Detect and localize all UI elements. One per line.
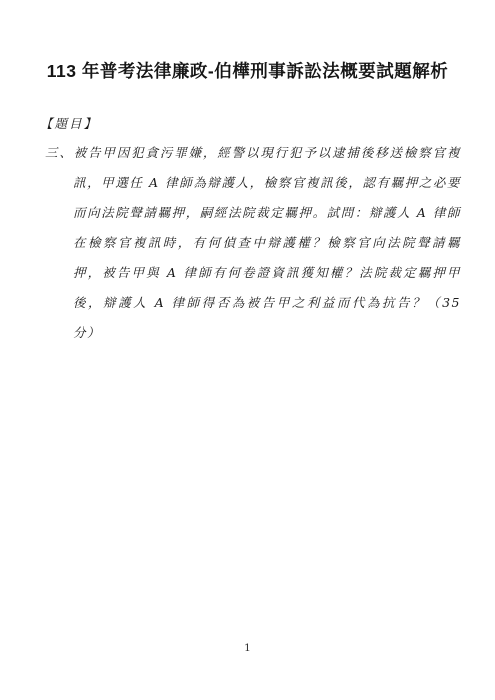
question-paragraph: 三、被告甲因犯貪污罪嫌，經警以現行犯予以逮捕後移送檢察官複訊，甲選任 A 律師為…: [45, 138, 461, 348]
question-text: 三、被告甲因犯貪污罪嫌，經警以現行犯予以逮捕後移送檢察官複訊，甲選任 A 律師為…: [45, 138, 461, 348]
section-heading-question: 【題目】: [40, 114, 98, 132]
document-page: 113 年普考法律廉政-伯樺刑事訴訟法概要試題解析 【題目】 三、被告甲因犯貪污…: [0, 0, 495, 700]
question-number-marker: 三、: [45, 145, 74, 160]
question-body: 被告甲因犯貪污罪嫌，經警以現行犯予以逮捕後移送檢察官複訊，甲選任 A 律師為辯護…: [73, 145, 461, 340]
page-number: 1: [0, 642, 495, 654]
document-title: 113 年普考法律廉政-伯樺刑事訴訟法概要試題解析: [0, 58, 495, 83]
